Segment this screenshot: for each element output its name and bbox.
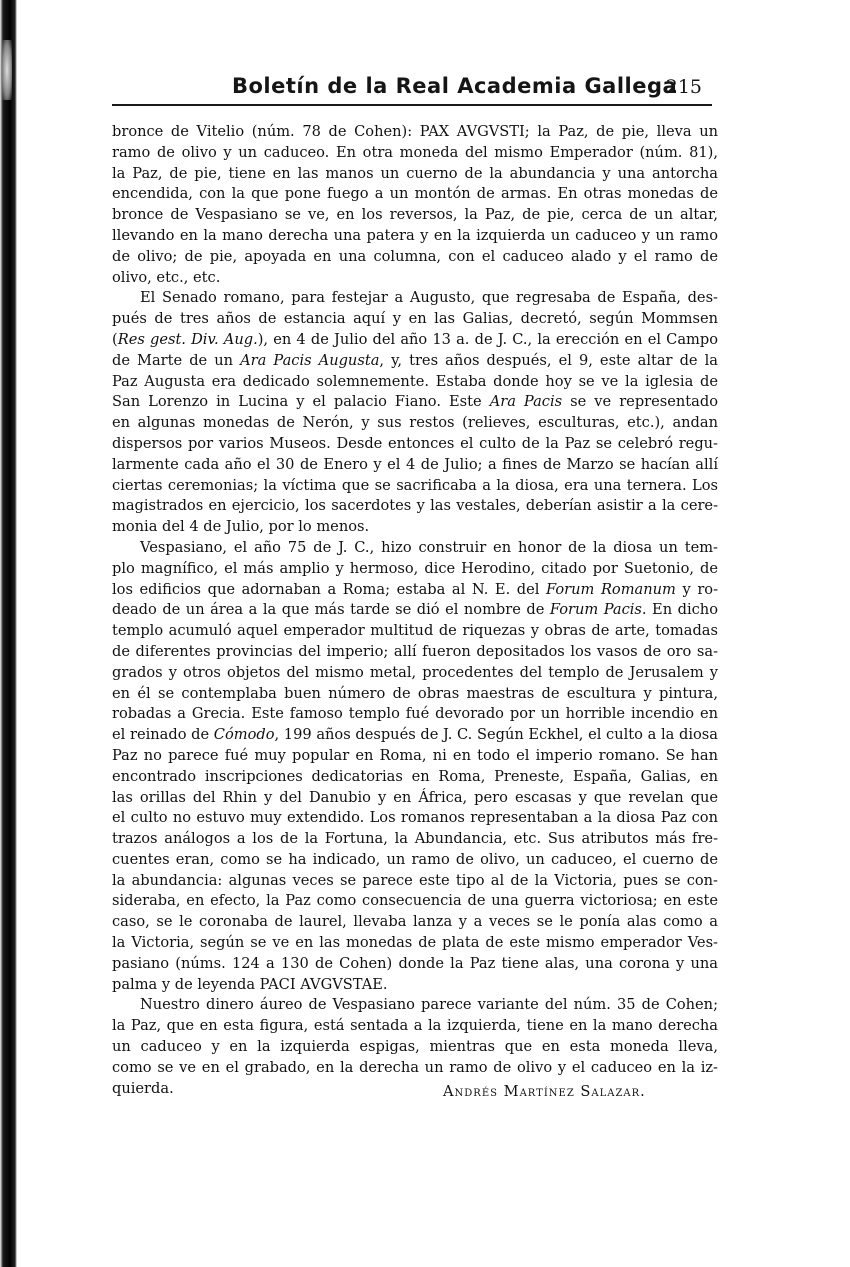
text-line: Vespasiano, el año 75 de J. C., hizo con… [112,538,718,559]
text-line: la Paz, que en esta figura, está sentada… [112,1016,718,1037]
text-line: deado de un área a la que más tarde se d… [112,600,718,621]
text-line: bronce de Vitelio (núm. 78 de Cohen): PA… [112,122,718,143]
text-line: bronce de Vespasiano se ve, en los rever… [112,205,718,226]
text-line: ramo de olivo y un caduceo. En otra mone… [112,143,718,164]
text-line: grados y otros objetos del mismo metal, … [112,663,718,684]
text-line: de diferentes provincias del imperio; al… [112,642,718,663]
text-line: un caduceo y en la izquierda espigas, mi… [112,1037,718,1058]
text-line: El Senado romano, para festejar a August… [112,288,718,309]
text-line: Paz no parece fué muy popular en Roma, n… [112,746,718,767]
text-line: larmente cada año el 30 de Enero y el 4 … [112,455,718,476]
article-body: bronce de Vitelio (núm. 78 de Cohen): PA… [112,122,718,1099]
text-line: la Victoria, según se ve en las monedas … [112,933,718,954]
text-line: monia del 4 de Julio, por lo menos. [112,517,718,538]
text-line: sideraba, en efecto, la Paz como consecu… [112,891,718,912]
text-line: como se ve en el grabado, en la derecha … [112,1058,718,1079]
text-line: dispersos por varios Museos. Desde enton… [112,434,718,455]
text-line: San Lorenzo in Lucina y el palacio Fiano… [112,392,718,413]
paragraph: Vespasiano, el año 75 de J. C., hizo con… [112,538,718,996]
text-line: el culto no estuvo muy extendido. Los ro… [112,808,718,829]
text-line: robadas a Grecia. Este famoso templo fué… [112,704,718,725]
text-line: trazos análogos a los de la Fortuna, la … [112,829,718,850]
running-head: Boletín de la Real Academia Gallega 215 [112,74,712,104]
text-line: magistrados en ejercicio, los sacerdotes… [112,496,718,517]
text-line: llevando en la mano derecha una patera y… [112,226,718,247]
author-signature: Andrés Martínez Salazar. [443,1083,646,1100]
text-line: el reinado de Cómodo, 199 años después d… [112,725,718,746]
text-line: la abundancia: algunas veces se parece e… [112,871,718,892]
text-line: Paz Augusta era dedicado solemnemente. E… [112,372,718,393]
paragraph: bronce de Vitelio (núm. 78 de Cohen): PA… [112,122,718,288]
text-line: de Marte de un Ara Pacis Augusta, y, tre… [112,351,718,372]
text-line: la Paz, de pie, tiene en las manos un cu… [112,164,718,185]
journal-title: Boletín de la Real Academia Gallega [232,74,677,98]
header-rule [112,104,712,106]
text-line: caso, se le coronaba de laurel, llevaba … [112,912,718,933]
binding-tear-mark [2,40,12,100]
text-line: palma y de leyenda PACI AVGVSTAE. [112,975,718,996]
text-line: ciertas ceremonias; la víctima que se sa… [112,476,718,497]
text-line: de olivo; de pie, apoyada en una columna… [112,247,718,268]
text-line: olivo, etc., etc. [112,268,718,289]
text-line: encontrado inscripciones dedicatorias en… [112,767,718,788]
text-line: pués de tres años de estancia aquí y en … [112,309,718,330]
text-line: encendida, con la que pone fuego a un mo… [112,184,718,205]
paragraph: El Senado romano, para festejar a August… [112,288,718,538]
book-binding-shadow [0,0,17,1267]
text-line: templo acumuló aquel emperador multitud … [112,621,718,642]
text-line: plo magnífico, el más amplio y hermoso, … [112,559,718,580]
text-line: Nuestro dinero áureo de Vespasiano parec… [112,995,718,1016]
text-line: cuentes eran, como se ha indicado, un ra… [112,850,718,871]
text-line: (Res gest. Div. Aug.), en 4 de Julio del… [112,330,718,351]
text-line: los edificios que adornaban a Roma; esta… [112,580,718,601]
text-line: en él se contemplaba buen número de obra… [112,684,718,705]
text-line: en algunas monedas de Nerón, y sus resto… [112,413,718,434]
page-number: 215 [666,76,702,98]
text-line: pasiano (núms. 124 a 130 de Cohen) donde… [112,954,718,975]
text-line: las orillas del Rhin y del Danubio y en … [112,788,718,809]
